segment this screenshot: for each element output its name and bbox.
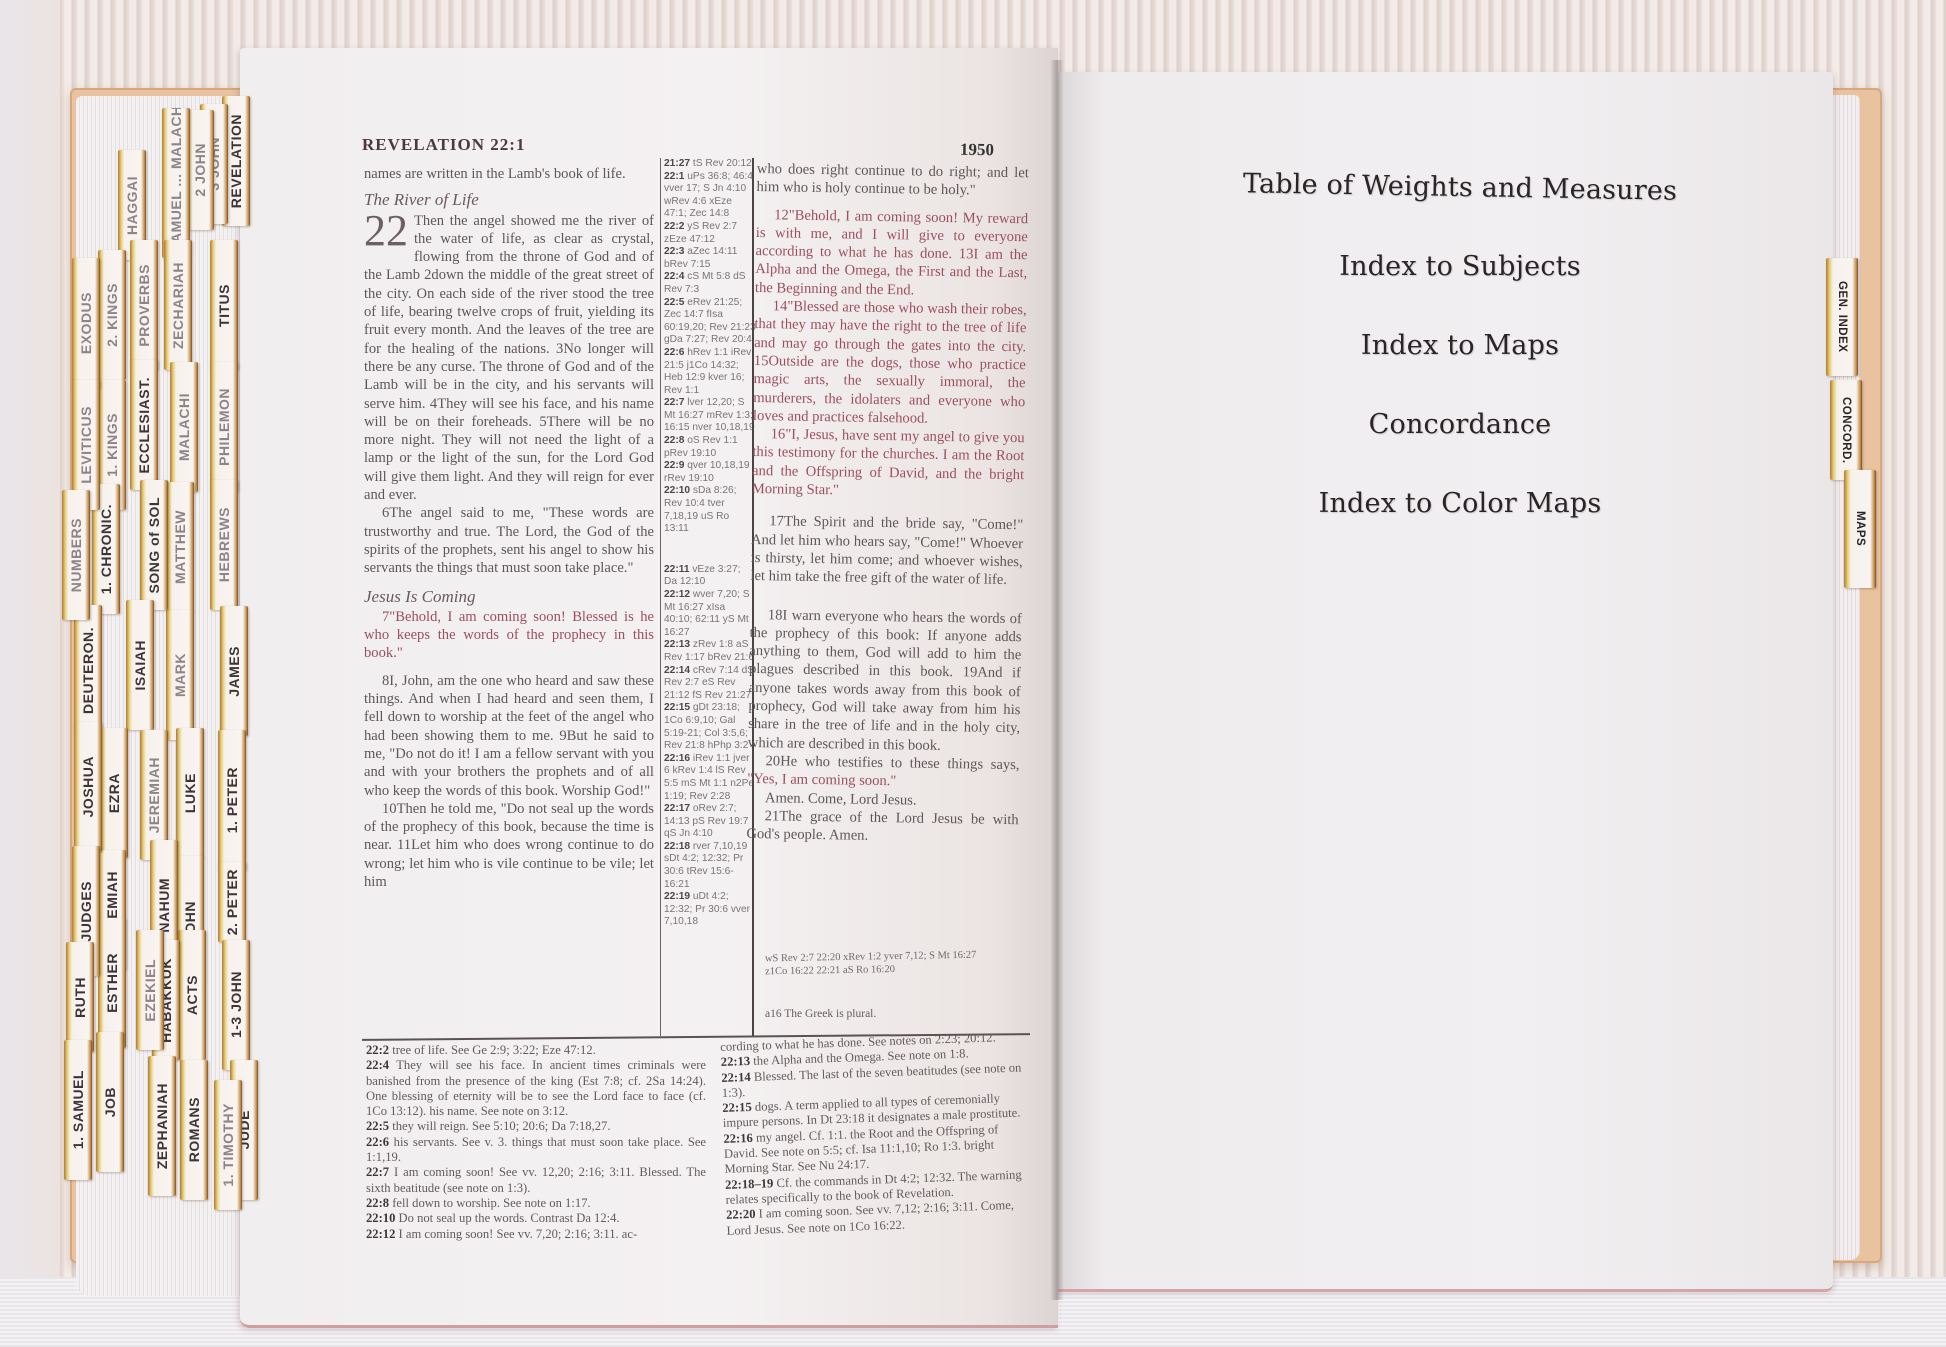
book-tab[interactable]: ACTS	[178, 930, 206, 1060]
cloth-background	[0, 0, 60, 1347]
study-note: 22:2 tree of life. See Ge 2:9; 3:22; Eze…	[366, 1043, 706, 1058]
book-tab[interactable]: ESTHER	[98, 918, 126, 1048]
cross-reference-entry: 21:27 tS Rev 20:12	[664, 158, 756, 171]
study-note: 22:4 They will see his face. In ancient …	[366, 1058, 706, 1119]
study-note: 22:7 I am coming soon! See vv. 12,20; 2:…	[366, 1165, 706, 1196]
book-tab[interactable]: ROMANS	[180, 1060, 208, 1200]
book-tab[interactable]: SONG of SOL	[140, 480, 168, 610]
book-tab[interactable]: 1. SAMUEL	[64, 1040, 92, 1180]
toc-index-color-maps: Index to Color Maps	[1240, 488, 1680, 519]
study-notes-left: 22:2 tree of life. See Ge 2:9; 3:22; Eze…	[366, 1043, 706, 1242]
cross-reference-entry: 22:6 hRev 1:1 iRev 21:5 j1Co 14:32; Heb …	[664, 347, 756, 397]
cross-reference-entry: 22:5 eRev 21:25; Zec 14:7 fIsa 60:19,20;…	[664, 297, 756, 347]
verse-paragraph: 21The grace of the Lord Jesus be with Go…	[746, 807, 1019, 848]
section-heading: Jesus Is Coming	[364, 588, 654, 606]
book-tab[interactable]: ZECHARIAH	[164, 240, 192, 370]
verse-paragraph: 22Then the angel showed me the river of …	[364, 212, 654, 505]
book-tab[interactable]: LUKE	[176, 728, 204, 858]
chapter-number: 22	[364, 212, 408, 250]
verse-paragraph: 17The Spirit and the bride say, "Come!" …	[750, 512, 1023, 589]
cross-reference-entry: 22:15 gDt 23:18; 1Co 6:9,10; Gal 5:19-21…	[664, 702, 756, 752]
column-divider	[660, 158, 661, 1036]
book-tab[interactable]: 1. TIMOTHY	[214, 1080, 242, 1210]
book-tab[interactable]: ECCLESIAST.	[130, 360, 158, 490]
verse-paragraph-red-letter: 12"Behold, I am coming soon! My reward i…	[755, 206, 1028, 302]
book-tab[interactable]: MALACHI	[170, 362, 198, 492]
verse-paragraph: 8I, John, am the one who heard and saw t…	[364, 672, 654, 800]
study-note: 22:8 fell down to worship. See note on 1…	[366, 1196, 706, 1211]
cross-reference-entry: 22:8 oS Rev 1:1 pRev 19:10	[664, 435, 756, 460]
cross-reference-entry: 22:14 cRev 7:14 dS Rev 2:7 eS Rev 21:12 …	[664, 665, 756, 703]
book-tab[interactable]: RUTH	[66, 942, 94, 1052]
verse-paragraph-red-letter: 7"Behold, I am coming soon! Blessed is h…	[364, 608, 654, 663]
tab-maps[interactable]: MAPS	[1844, 470, 1876, 588]
cross-reference-entry: 22:18 rver 7,10,19 sDt 4:2; 12:32; Pr 30…	[664, 841, 756, 891]
study-note: 22:6 his servants. See v. 3. things that…	[366, 1135, 706, 1166]
page-number: 1950	[960, 140, 994, 161]
book-tab[interactable]: 1-3 JOHN	[222, 940, 250, 1070]
running-head: REVELATION 22:1	[362, 135, 525, 155]
cross-reference-entry: 22:11 vEze 3:27; Da 12:10	[664, 564, 756, 589]
book-tab[interactable]: ZEPHANIAH	[148, 1056, 176, 1196]
text-column-a: names are written in the Lamb's book of …	[364, 165, 654, 891]
book-tab[interactable]: TITUS	[210, 240, 238, 370]
book-tab[interactable]: JOSHUA	[74, 722, 102, 852]
verse-paragraph: 20He who testifies to these things says,…	[747, 752, 1020, 793]
study-note: 22:12 I am coming soon! See vv. 7,20; 2:…	[366, 1227, 706, 1242]
book-tab[interactable]: EXODUS	[72, 258, 100, 388]
footnote: a16 The Greek is plural.	[765, 1008, 876, 1020]
book-gutter	[1050, 60, 1064, 1300]
footer-cross-references: wS Rev 2:7 22:20 xRev 1:2 yver 7,12; S M…	[765, 948, 1035, 979]
tab-gen-index[interactable]: GEN. INDEX	[1826, 258, 1858, 376]
text-column-b: who does right continue to do right; and…	[746, 160, 1029, 848]
tab-concordance[interactable]: CONCORD.	[1830, 380, 1862, 480]
book-tab[interactable]: EZRA	[100, 728, 128, 858]
book-tab[interactable]: EZEKIEL	[136, 930, 164, 1050]
book-tab[interactable]: 2. PETER	[218, 862, 246, 942]
verse-paragraph-red-letter: 16"I, Jesus, have sent my angel to give …	[752, 425, 1025, 502]
toc-index-subjects: Index to Subjects	[1240, 251, 1680, 282]
book-tab[interactable]: JOB	[96, 1032, 124, 1172]
cross-reference-column: 21:27 tS Rev 20:1222:1 uPs 36:8; 46:4 vv…	[664, 158, 756, 929]
book-tab[interactable]: 1 SAMUEL ... MALACHI	[162, 108, 190, 258]
study-notes-right: cording to what he has done. See notes o…	[720, 1029, 1037, 1239]
book-tab[interactable]: MARK	[166, 610, 194, 740]
cross-reference-entry: 22:19 uDt 4:2; 12:32; Pr 30:6 vver 7,10,…	[664, 891, 756, 929]
verse-paragraph: 10Then he told me, "Do not seal up the w…	[364, 800, 654, 891]
book-tab[interactable]: ISAIAH	[126, 600, 154, 730]
cross-reference-entry: 22:17 oRev 2:7; 14:13 pS Rev 19:7 qS Jn …	[664, 803, 756, 841]
book-tab[interactable]: PHILEMON	[210, 362, 238, 492]
verse-paragraph: 6The angel said to me, "These words are …	[364, 504, 654, 577]
book-tab[interactable]: NUMBERS	[62, 490, 90, 620]
section-heading: The River of Life	[364, 191, 654, 209]
cross-reference-entry: 22:13 zRev 1:8 aS Rev 1:17 bRev 21:6	[664, 639, 756, 664]
toc-index-maps: Index to Maps	[1240, 330, 1680, 361]
verse-paragraph-red-letter: 14"Blessed are those who wash their robe…	[753, 297, 1027, 429]
cross-reference-entry: 22:12 wver 7,20; S Mt 16:27 xIsa 40:10; …	[664, 589, 756, 639]
cross-reference-entry: 22:4 cS Mt 5:8 dS Rev 7:3	[664, 271, 756, 296]
toc-weights-measures: Table of Weights and Measures	[1240, 168, 1680, 207]
cross-reference-entry: 22:10 sDa 8:26; Rev 10:4 tver 7,18,19 uS…	[664, 485, 756, 535]
cross-reference-entry: 22:3 aZec 14:11 bRev 7:15	[664, 246, 756, 271]
book-tab[interactable]: DEUTERON.	[74, 605, 102, 735]
carryover-text: who does right continue to do right; and…	[756, 160, 1029, 201]
book-tab[interactable]: HEBREWS	[210, 480, 238, 610]
book-tab[interactable]: MATTHEW	[166, 482, 194, 612]
cross-reference-entry: 22:1 uPs 36:8; 46:4 vver 17; S Jn 4:10 w…	[664, 171, 756, 221]
cross-reference-entry: 22:7 lver 12,20; S Mt 16:27 mRev 1:3; 16…	[664, 397, 756, 435]
book-tab[interactable]: JAMES	[220, 606, 248, 736]
book-tab[interactable]: 2. KINGS	[98, 250, 126, 380]
back-matter-contents: Table of Weights and Measures Index to S…	[1240, 172, 1680, 567]
book-tab[interactable]: 2 JOHN	[186, 110, 214, 230]
cross-reference-entry: 22:2 yS Rev 2:7 zEze 47:12	[664, 221, 756, 246]
toc-concordance: Concordance	[1240, 409, 1680, 440]
cross-reference-entry: 22:9 qver 10,18,19 rRev 19:10	[664, 460, 756, 485]
carryover-text: names are written in the Lamb's book of …	[364, 165, 654, 183]
book-tab[interactable]: 1. PETER	[218, 730, 246, 870]
cross-reference-entry: 22:16 iRev 1:1 jver 6 kRev 1:4 lS Rev 5:…	[664, 753, 756, 803]
study-note: 22:5 they will reign. See 5:10; 20:6; Da…	[366, 1119, 706, 1134]
study-note: 22:10 Do not seal up the words. Contrast…	[366, 1211, 706, 1226]
book-tab[interactable]: PROVERBS	[130, 240, 158, 370]
verse-paragraph: 18I warn everyone who hears the words of…	[748, 605, 1022, 756]
